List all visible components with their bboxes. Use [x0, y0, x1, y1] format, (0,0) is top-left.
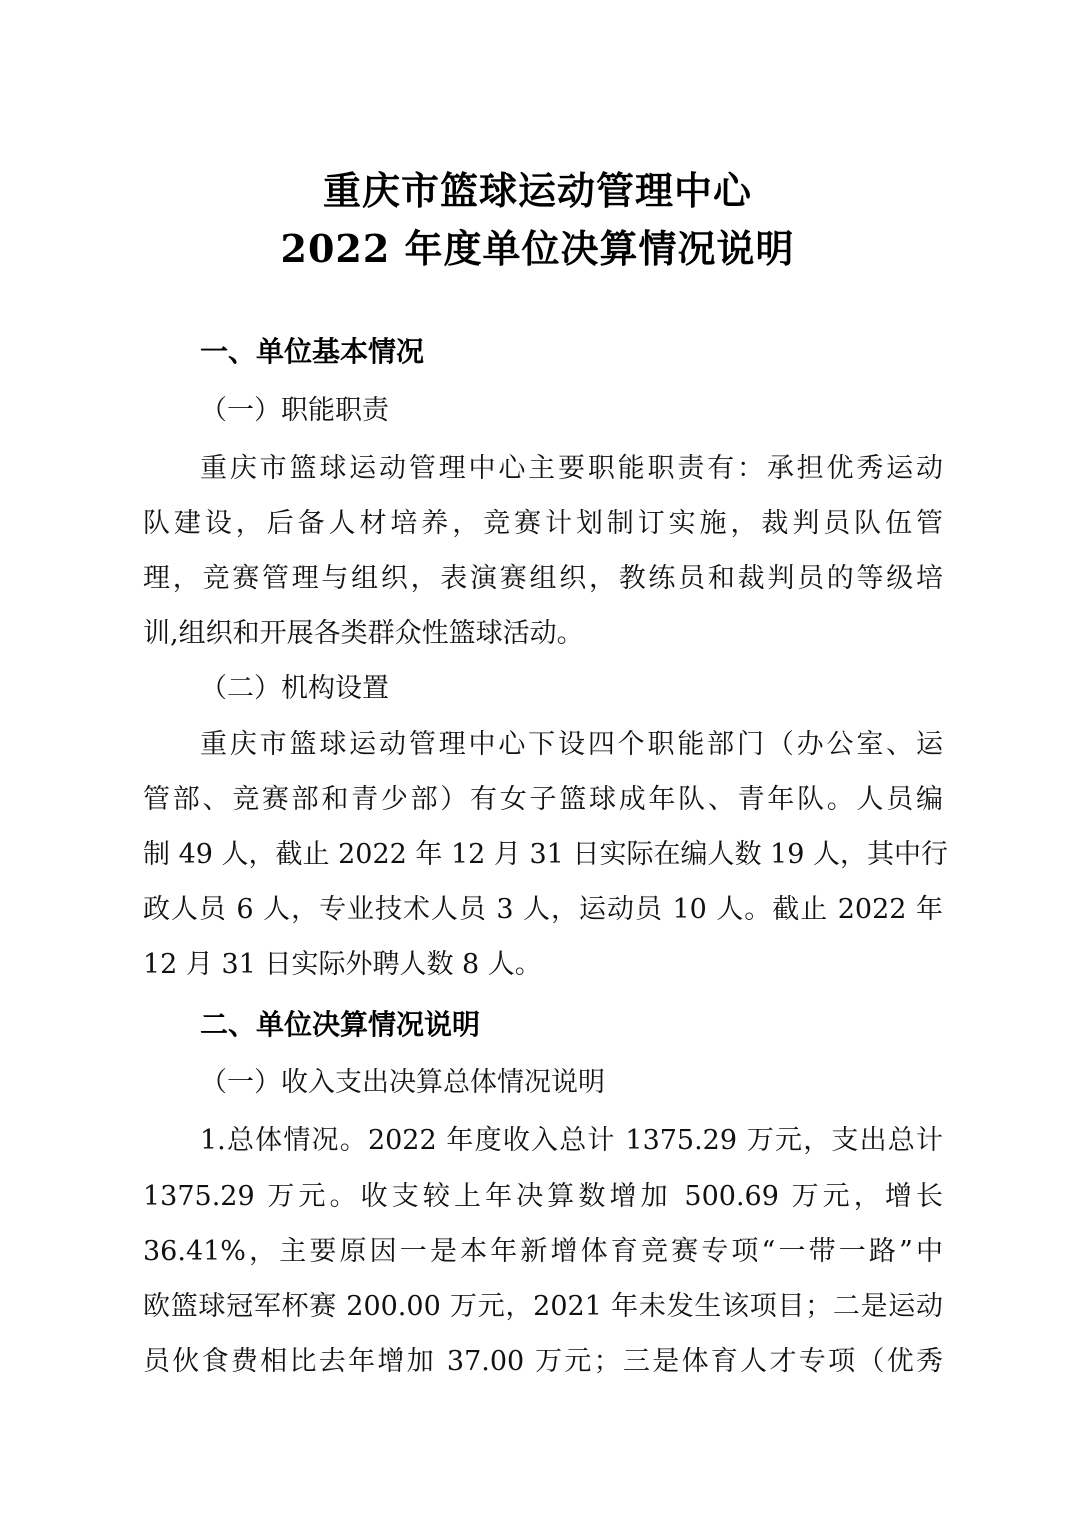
paragraph-line: 12 月 31 日实际外聘人数 8 人。 [143, 942, 943, 981]
section1-heading: 一、单位基本情况 [200, 330, 424, 370]
paragraph-line: 队建设，后备人材培养，竞赛计划制订实施，裁判员队伍管 [143, 501, 943, 540]
paragraph-line: 管部、竞赛部和青少部）有女子篮球成年队、青年队。人员编 [143, 777, 943, 816]
section1-sub1-heading: （一）职能职责 [200, 388, 389, 427]
paragraph-line: 重庆市篮球运动管理中心主要职能职责有：承担优秀运动 [200, 446, 943, 485]
section2-heading: 二、单位决算情况说明 [200, 1003, 480, 1043]
paragraph-line: 制 49 人，截止 2022 年 12 月 31 日实际在编人数 19 人，其中… [143, 832, 943, 871]
paragraph-line: 重庆市篮球运动管理中心下设四个职能部门（办公室、运 [200, 722, 943, 761]
paragraph-line: 政人员 6 人，专业技术人员 3 人，运动员 10 人。截止 2022 年 [143, 887, 943, 926]
paragraph-line: 1.总体情况。2022 年度收入总计 1375.29 万元，支出总计 [200, 1118, 943, 1157]
paragraph-line: 理，竞赛管理与组织，表演赛组织，教练员和裁判员的等级培 [143, 556, 943, 595]
section2-sub1-heading: （一）收入支出决算总体情况说明 [200, 1060, 605, 1099]
section1-sub2-heading: （二）机构设置 [200, 666, 389, 705]
paragraph-line: 1375.29 万元。收支较上年决算数增加 500.69 万元，增长 [143, 1174, 943, 1213]
paragraph-line: 训,组织和开展各类群众性篮球活动。 [143, 611, 943, 650]
document-page: 重庆市篮球运动管理中心 2022 年度单位决算情况说明 一、单位基本情况 （一）… [0, 0, 1075, 1521]
paragraph-line: 欧篮球冠军杯赛 200.00 万元，2021 年未发生该项目；二是运动 [143, 1284, 943, 1323]
document-title-line2: 2022 年度单位决算情况说明 [0, 218, 1075, 273]
document-title-line1: 重庆市篮球运动管理中心 [0, 160, 1075, 215]
paragraph-line: 员伙食费相比去年增加 37.00 万元；三是体育人才专项（优秀 [143, 1339, 943, 1378]
paragraph-line: 36.41%，主要原因一是本年新增体育竞赛专项“一带一路”中 [143, 1229, 943, 1268]
